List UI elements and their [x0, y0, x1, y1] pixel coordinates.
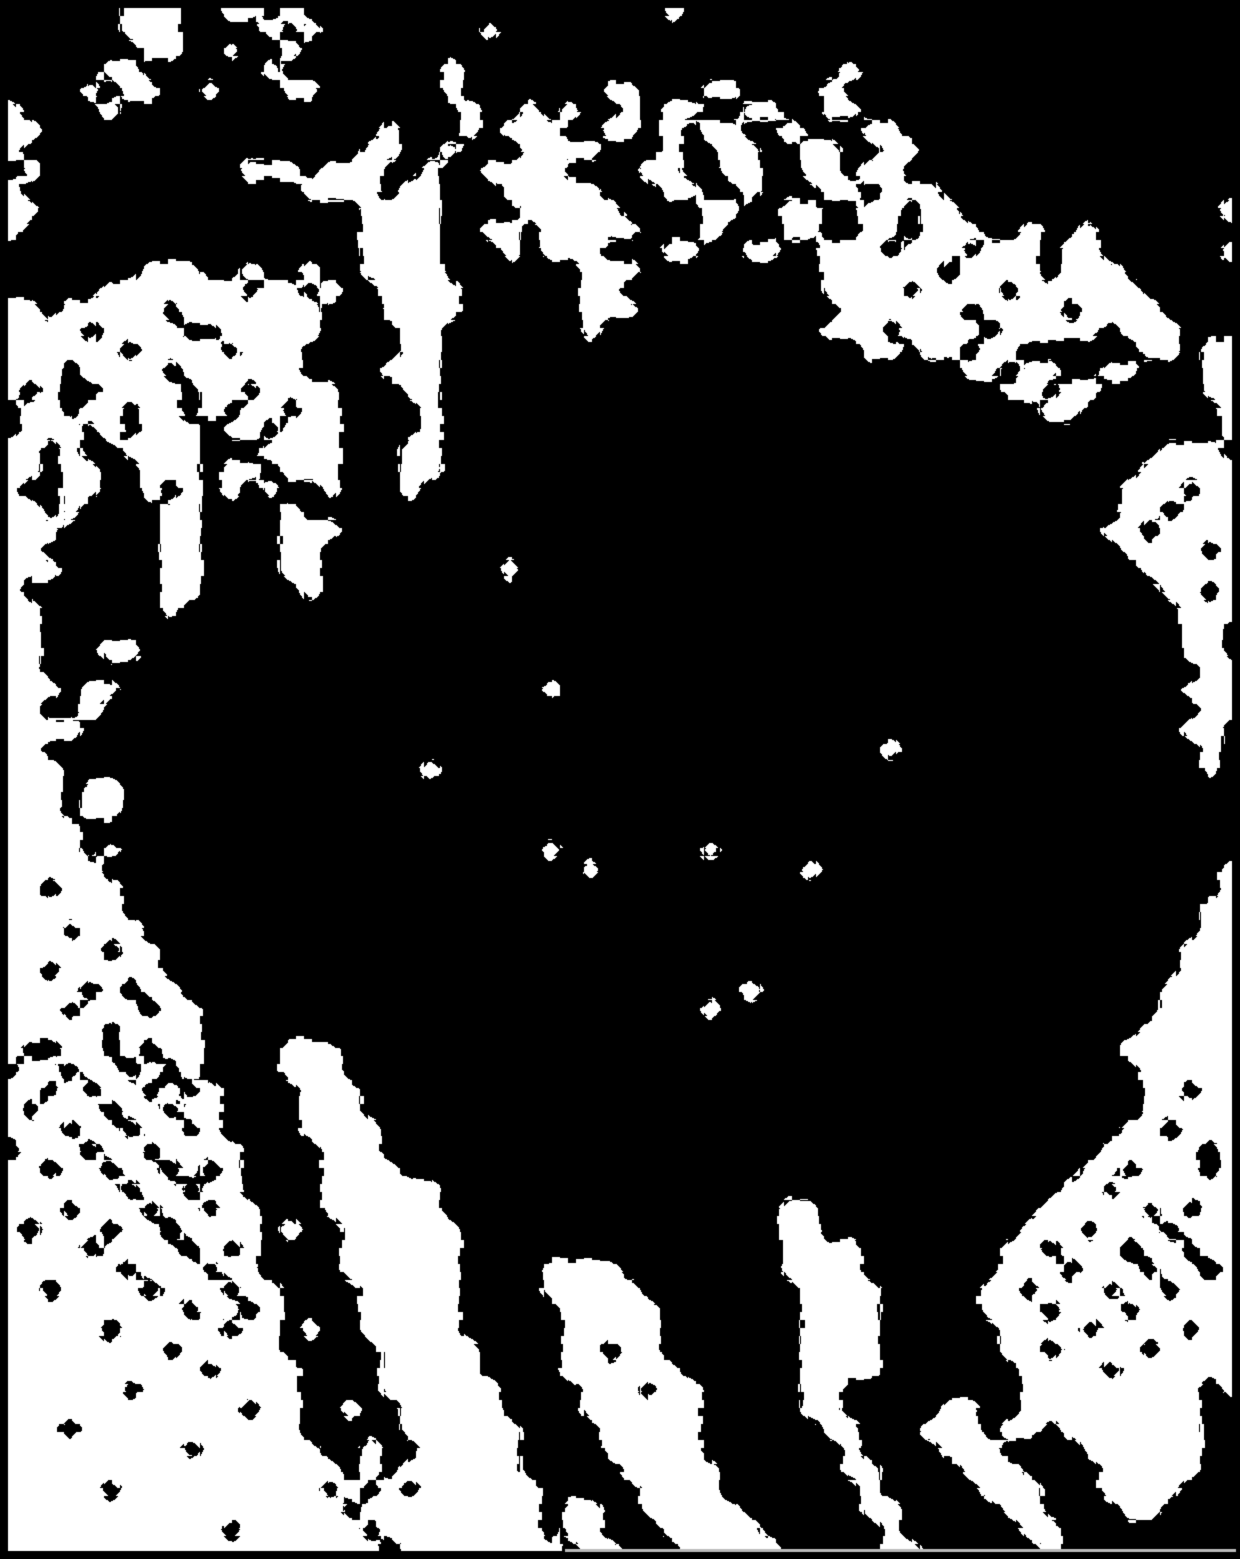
- binarized-figure: [0, 0, 1240, 1559]
- binary-image-canvas: [0, 0, 1240, 1559]
